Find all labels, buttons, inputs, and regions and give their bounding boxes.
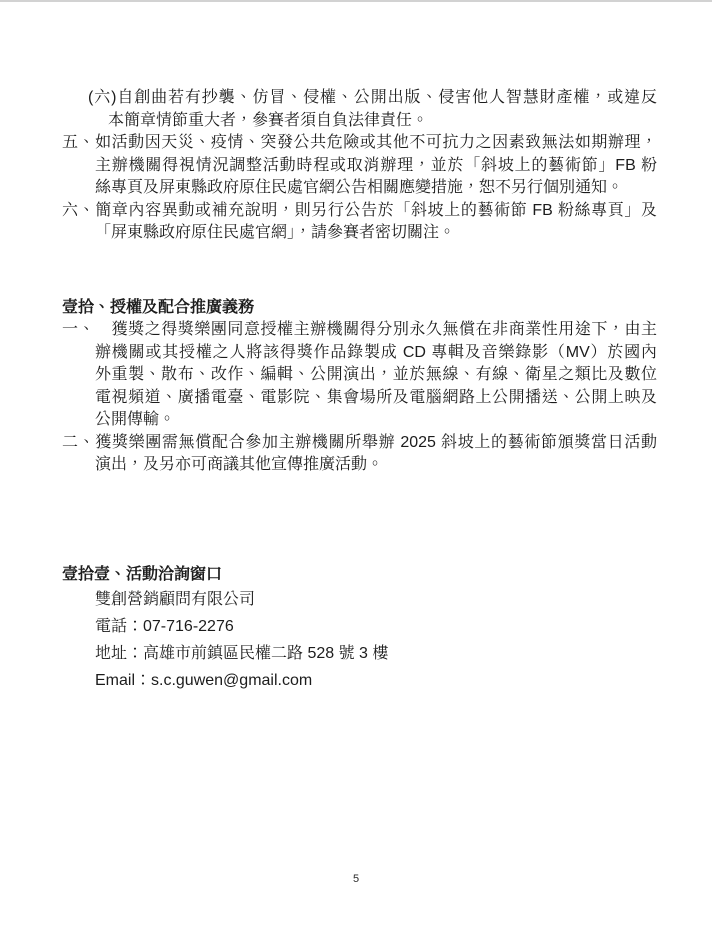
document-page: { "colors": { "text": "#1c1c1c", "page_b… bbox=[0, 0, 712, 928]
contact-phone: 電話：07-716-2276 bbox=[62, 613, 657, 640]
item-10-1-line-2: 辦機關或其授權之人將該得獎作品錄製成 CD 專輯及音樂錄影（MV）於國內 bbox=[62, 342, 657, 365]
item-10-2-line-2: 演出，及另亦可商議其他宣傳推廣活動。 bbox=[62, 454, 657, 477]
contact-block: 雙創營銷顧問有限公司 電話：07-716-2276 地址：高雄市前鎮區民權二路 … bbox=[62, 586, 657, 694]
sub-item-6-line-1: (六)自創曲若有抄襲、仿冒、侵權、公開出版、侵害他人智慧財產權，或違反 bbox=[62, 87, 657, 110]
item-10-1-line-4: 電視頻道、廣播電臺、電影院、集會場所及電腦網路上公開播送、公開上映及 bbox=[62, 387, 657, 410]
section-heading-11: 壹拾壹、活動洽詢窗口 bbox=[62, 564, 657, 587]
item-10-2-line-1: 二、獲獎樂團需無償配合參加主辦機關所舉辦 2025 斜坡上的藝術節頒獎當日活動 bbox=[62, 432, 657, 455]
item-10-1-line-5: 公開傳輸。 bbox=[62, 409, 657, 432]
section-heading-10: 壹拾、授權及配合推廣義務 bbox=[62, 297, 657, 320]
item-5-line-1: 五、如活動因天災、疫情、突發公共危險或其他不可抗力之因素致無法如期辦理， bbox=[62, 132, 657, 155]
sub-item-6-line-2: 本簡章情節重大者，參賽者須自負法律責任。 bbox=[62, 110, 657, 133]
item-10-1-line-1: 一、 獲獎之得獎樂團同意授權主辦機關得分別永久無償在非商業性用途下，由主 bbox=[62, 319, 657, 342]
item-10-1-line-3: 外重製、散布、改作、編輯、公開演出，並於無線、有線、衛星之類比及數位 bbox=[62, 364, 657, 387]
page-top-edge-line bbox=[0, 0, 712, 2]
item-6-line-2: 「屏東縣政府原住民處官網」，請參賽者密切關注。 bbox=[62, 222, 657, 245]
item-5-line-2: 主辦機關得視情況調整活動時程或取消辦理，並於「斜坡上的藝術節」FB 粉 bbox=[62, 155, 657, 178]
contact-company: 雙創營銷顧問有限公司 bbox=[62, 586, 657, 613]
contact-address: 地址：高雄市前鎮區民權二路 528 號 3 樓 bbox=[62, 640, 657, 667]
item-5-line-3: 絲專頁及屏東縣政府原住民處官網公告相關應變措施，恕不另行個別通知。 bbox=[62, 177, 657, 200]
page-footer: 5 bbox=[0, 872, 712, 887]
document-body: (六)自創曲若有抄襲、仿冒、侵權、公開出版、侵害他人智慧財產權，或違反 本簡章情… bbox=[62, 87, 657, 694]
contact-email: Email：s.c.guwen@gmail.com bbox=[62, 667, 657, 694]
page-number: 5 bbox=[353, 873, 359, 885]
item-6-line-1: 六、簡章內容異動或補充說明，則另行公告於「斜坡上的藝術節 FB 粉絲專頁」及 bbox=[62, 200, 657, 223]
